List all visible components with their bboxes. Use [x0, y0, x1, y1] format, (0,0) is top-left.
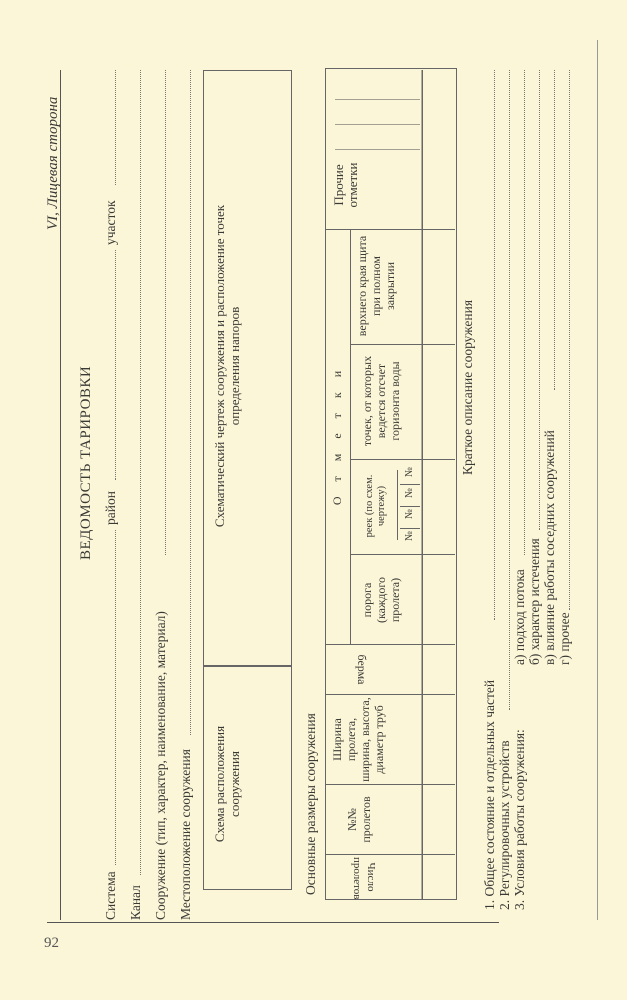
drawing-box[interactable]: Схематический чертеж сооружения и распол… [203, 70, 292, 667]
sub-item-b: б) характер истечения [527, 538, 543, 665]
col-marks-group: О т м е т к и [330, 310, 344, 560]
col-other-marks: Прочие отметки [332, 150, 360, 220]
gauge-no-4: № [404, 465, 416, 479]
description-item-3: 3. Условия работы сооружения: [512, 729, 528, 910]
description-item-2: 2. Регулировочных устройств [497, 740, 513, 910]
cell-span-count[interactable] [423, 855, 455, 900]
structure-label: Сооружение (тип, характер, наименование,… [153, 611, 169, 920]
section-field[interactable] [103, 70, 116, 185]
top-rule [60, 70, 61, 920]
system-field[interactable] [103, 530, 116, 865]
cell-gate-top[interactable] [423, 230, 455, 345]
district-label: район [103, 491, 119, 525]
cell-other-marks[interactable] [423, 70, 455, 230]
col-gauges: реек (по схем. чертежу) [364, 462, 388, 550]
general-state-field[interactable] [482, 70, 495, 620]
gauge-no-3: № [404, 486, 416, 500]
dimensions-caption: Основные размеры сооружения [303, 713, 319, 895]
cell-berm[interactable] [423, 645, 455, 695]
cell-sill[interactable] [423, 555, 455, 645]
sub-item-a: а) подход потока [512, 569, 528, 665]
district-field[interactable] [103, 250, 116, 480]
cell-gauges[interactable] [423, 460, 455, 555]
regulating-devices-field[interactable] [497, 70, 510, 710]
col-span-numbers: №№ пролетов [345, 787, 373, 852]
flow-approach-field[interactable] [512, 70, 525, 555]
location-label: Местоположение сооружения [178, 749, 194, 920]
col-berm: берма [355, 647, 369, 692]
other-field[interactable] [557, 70, 570, 610]
rotated-form-sheet: VI, Лицевая сторона ВЕДОМОСТЬ ТАРИРОВКИ … [0, 0, 627, 1000]
outflow-character-field[interactable] [527, 70, 540, 530]
canal-field[interactable] [128, 70, 141, 875]
col-width: Ширина пролета, ширина, высота, диаметр … [330, 697, 386, 782]
col-sill: порога (каждого пролета) [360, 560, 402, 640]
location-field[interactable] [178, 70, 191, 735]
cell-points[interactable] [423, 345, 455, 460]
sub-item-v: в) влияние работы соседних сооружений [542, 430, 558, 665]
drawing-label: Схематический чертеж сооружения и распол… [212, 196, 242, 536]
col-points: точек, от которых ведется отсчет горизон… [360, 347, 402, 455]
neighbor-influence-field[interactable] [542, 70, 555, 390]
col-span-count: Число пролетов [350, 857, 378, 897]
cell-width[interactable] [423, 695, 455, 785]
form-title: ВЕДОМОСТЬ ТАРИРОВКИ [78, 366, 95, 560]
layout-scheme-label: Схема расположения сооружения [212, 709, 242, 859]
system-label: Система [103, 871, 119, 920]
gauge-no-1: № [404, 529, 416, 543]
col-gate-top: верхнего края щита при полном закрытии [355, 232, 397, 340]
section-label-field: участок [103, 200, 119, 245]
description-heading: Краткое описание сооружения [460, 300, 476, 475]
layout-scheme-box[interactable]: Схема расположения сооружения [203, 665, 292, 890]
structure-field[interactable] [153, 70, 166, 555]
sub-item-g: г) прочее [557, 612, 573, 665]
description-item-1: 1. Общее состояние и отдельных частей [482, 680, 498, 910]
canal-label: Канал [128, 885, 144, 920]
cell-span-numbers[interactable] [423, 785, 455, 855]
gauge-no-2: № [404, 507, 416, 521]
